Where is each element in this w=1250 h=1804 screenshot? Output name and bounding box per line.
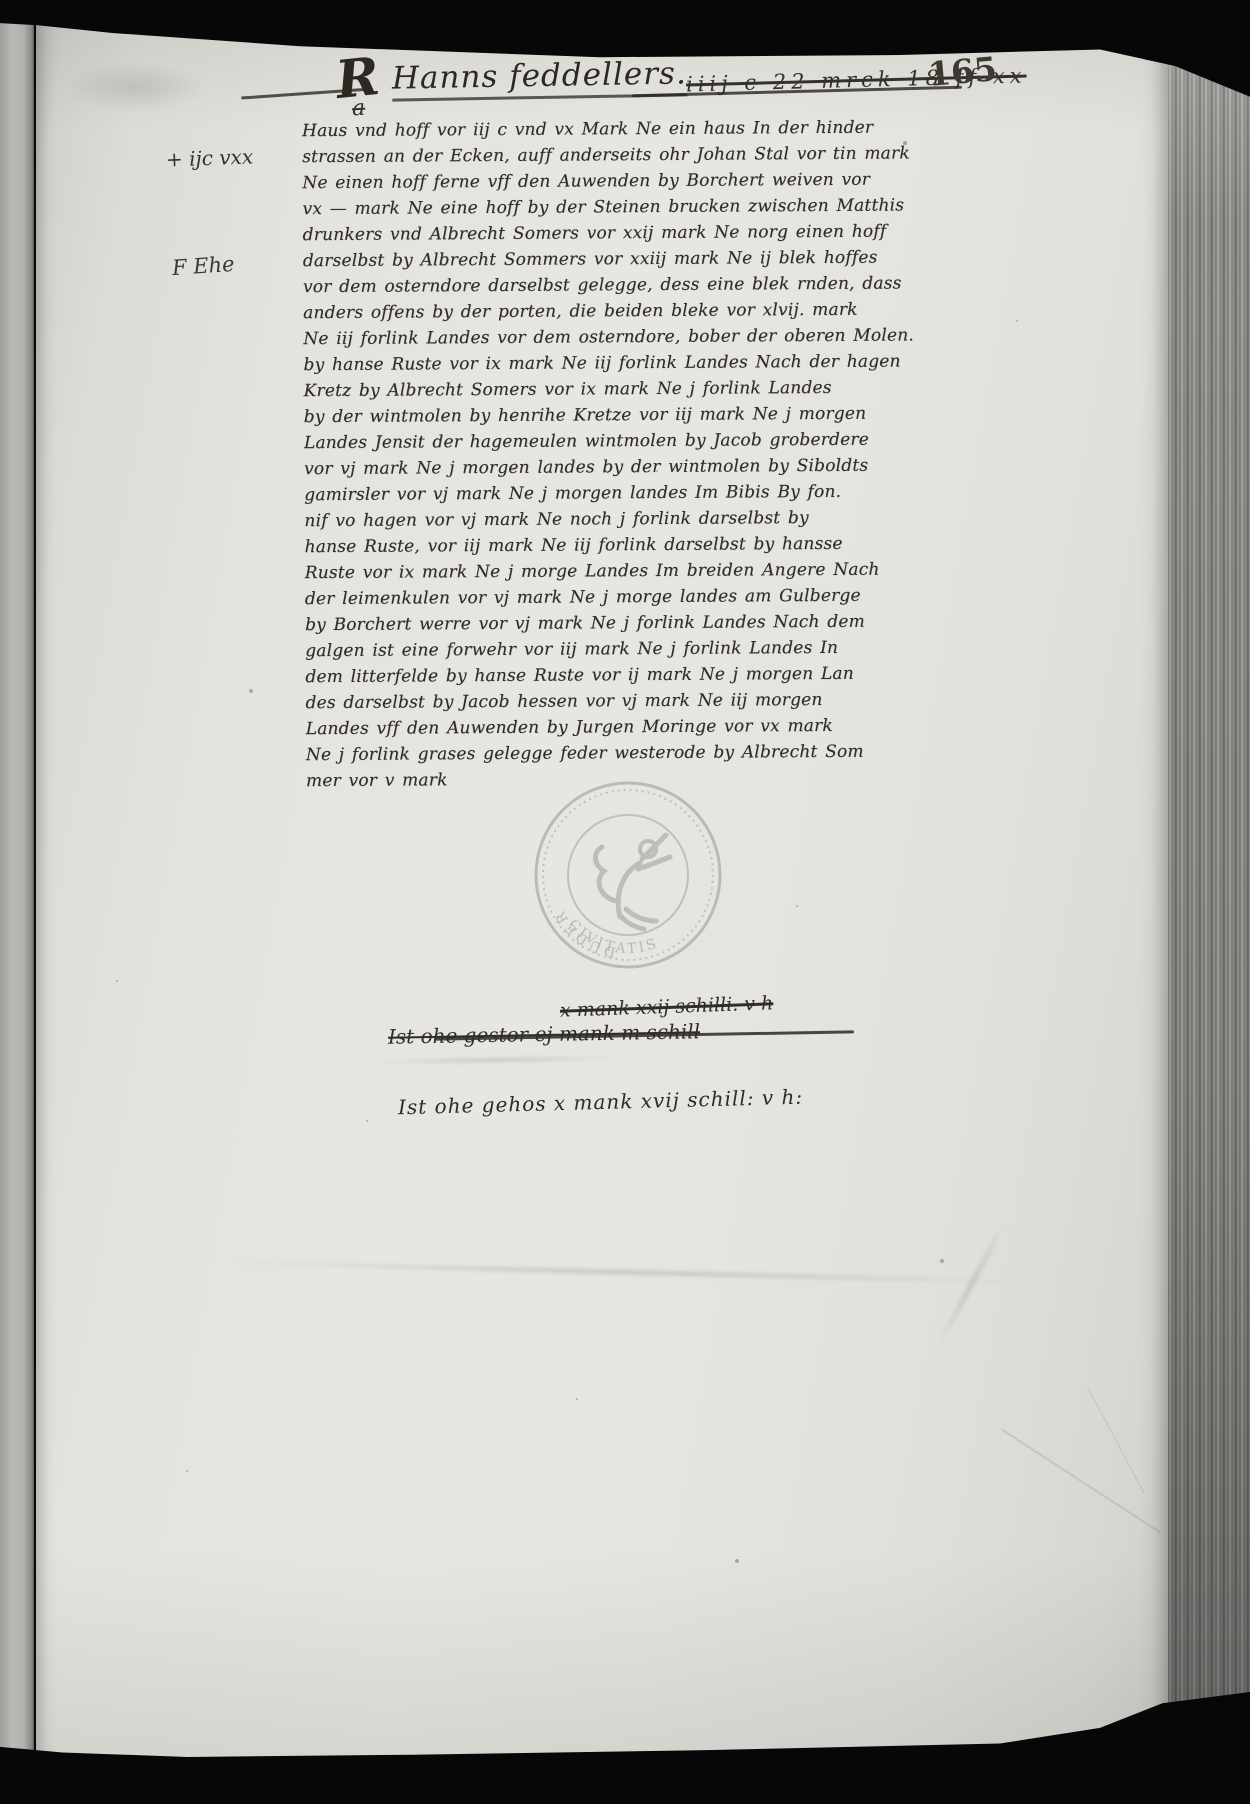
paper-crease bbox=[1087, 1387, 1144, 1493]
ghost-writing-mark bbox=[66, 62, 206, 112]
struck-total-line-1: x mank xxij schilli. v h bbox=[560, 992, 774, 1021]
ghost-writing-mark bbox=[366, 1054, 626, 1067]
book-scan: R Hanns feddellers. iiij c 22 mrck 18 ff… bbox=[0, 0, 1250, 1804]
margin-note-check: F Ehe bbox=[171, 252, 235, 280]
manuscript-body-text: Haus vnd hoff vor iij c vnd vx Mark Ne e… bbox=[302, 114, 1006, 794]
seal-left-text: DUDER bbox=[551, 906, 617, 960]
paper-crease bbox=[1001, 1428, 1161, 1533]
margin-note-sum: + ijc vxx bbox=[166, 144, 254, 171]
struck-total-line-2: Ist ohe gestor ej mank m schill bbox=[388, 1019, 700, 1048]
manuscript-page: R Hanns feddellers. iiij c 22 mrck 18 ff… bbox=[36, 0, 1168, 1804]
rampant-lion-icon bbox=[595, 835, 670, 929]
left-page-edge bbox=[0, 16, 34, 1768]
folio-number: 165 bbox=[926, 49, 998, 94]
ghost-writing-mark bbox=[216, 1258, 1056, 1288]
ghost-writing-mark bbox=[931, 1216, 1010, 1353]
final-total-line: Ist ohe gehos x mank xvij schill: v h: bbox=[398, 1085, 804, 1120]
city-seal-stamp: CIVITATIS DUDER bbox=[528, 770, 728, 980]
svg-text:DUDER: DUDER bbox=[551, 906, 617, 960]
